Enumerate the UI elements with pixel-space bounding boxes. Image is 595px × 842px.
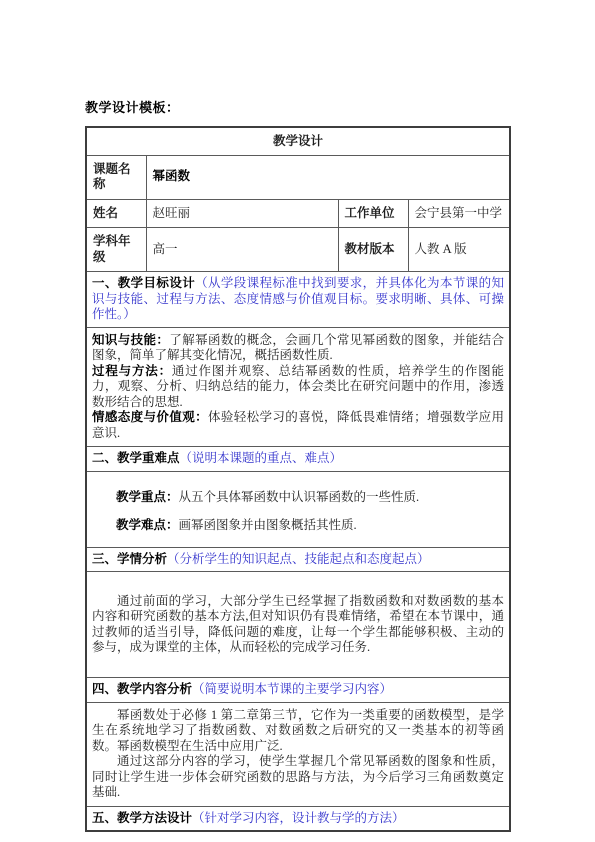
content-analysis-paragraph-1: 幂函数处于必修 1 第二章第三节，它作为一类重要的函数模型，是学生在系统地学习了… bbox=[92, 708, 504, 755]
section-2-header-row: 二、教学重难点（说明本课题的重点、难点） bbox=[86, 447, 510, 472]
doc-title: 教学设计模板： bbox=[85, 97, 509, 116]
grade-row: 学科年级 高一 教材版本 人教 A 版 bbox=[86, 228, 510, 272]
section-5-hint: （针对学习内容，设计教与学的方法） bbox=[192, 811, 405, 825]
goal-attitude-values-label: 情感态度与价值观： bbox=[92, 410, 208, 424]
document-body: 教学设计模板： 教学设计 课题名称 幂函数 姓名 赵旺丽 工作单位 会宁县第一中… bbox=[85, 97, 509, 832]
workunit-label: 工作单位 bbox=[338, 199, 408, 228]
section-2-header: 二、教学重难点（说明本课题的重点、难点） bbox=[86, 447, 510, 472]
section-4-body-row: 幂函数处于必修 1 第二章第三节，它作为一类重要的函数模型，是学生在系统地学习了… bbox=[86, 702, 510, 806]
section-3-header-row: 三、学情分析（分析学生的知识起点、技能起点和态度起点） bbox=[86, 547, 510, 572]
section-2-title: 二、教学重难点 bbox=[92, 451, 180, 465]
section-1-body: 知识与技能：了解幂函数的概念，会画几个常见幂函数的图象，并能结合图象，简单了解其… bbox=[86, 327, 510, 447]
goal-process-methods-label: 过程与方法： bbox=[92, 364, 172, 378]
topic-value: 幂函数 bbox=[146, 155, 510, 199]
section-1-title: 一、教学目标设计 bbox=[92, 276, 195, 290]
teaching-design-table: 教学设计 课题名称 幂函数 姓名 赵旺丽 工作单位 会宁县第一中学 学科年级 高… bbox=[85, 126, 511, 832]
section-3-title: 三、学情分析 bbox=[92, 552, 167, 566]
document-page: 教学设计模板： 教学设计 课题名称 幂函数 姓名 赵旺丽 工作单位 会宁县第一中… bbox=[0, 0, 595, 842]
textbook-value: 人教 A 版 bbox=[408, 228, 510, 272]
section-5-header-row: 五、教学方法设计（针对学习内容，设计教与学的方法） bbox=[86, 806, 510, 831]
learner-analysis-paragraph: 通过前面的学习，大部分学生已经掌握了指数函数和对数函数的基本内容和研究函数的基本… bbox=[92, 594, 504, 656]
goal-process-methods: 过程与方法：通过作图并观察、总结幂函数的性质，培养学生的作图能力，观察、分析、归… bbox=[92, 364, 504, 411]
grade-value: 高一 bbox=[146, 228, 338, 272]
workunit-value: 会宁县第一中学 bbox=[408, 199, 510, 228]
section-3-header: 三、学情分析（分析学生的知识起点、技能起点和态度起点） bbox=[86, 547, 510, 572]
name-label: 姓名 bbox=[86, 199, 146, 228]
teaching-key-point: 教学重点：从五个具体幂函数中认识幂函数的一些性质. bbox=[92, 490, 504, 506]
section-4-title: 四、教学内容分析 bbox=[92, 682, 192, 696]
section-2-body: 教学重点：从五个具体幂函数中认识幂函数的一些性质. 教学难点：画幂函图象并由图象… bbox=[86, 471, 510, 547]
section-5-title: 五、教学方法设计 bbox=[92, 811, 192, 825]
section-2-body-row: 教学重点：从五个具体幂函数中认识幂函数的一些性质. 教学难点：画幂函图象并由图象… bbox=[86, 471, 510, 547]
section-4-header-row: 四、教学内容分析（简要说明本节课的主要学习内容） bbox=[86, 678, 510, 703]
table-title: 教学设计 bbox=[86, 127, 510, 155]
section-4-header: 四、教学内容分析（简要说明本节课的主要学习内容） bbox=[86, 678, 510, 703]
table-header-row: 教学设计 bbox=[86, 127, 510, 155]
difficult-point-text: 画幂函图象并由图象概括其性质. bbox=[179, 518, 357, 532]
section-3-hint: （分析学生的知识起点、技能起点和态度起点） bbox=[167, 552, 430, 566]
content-analysis-paragraph-2: 通过这部分内容的学习，使学生掌握几个常见幂函数的图象和性质，同时让学生进一步体会… bbox=[92, 754, 504, 801]
section-2-hint: （说明本课题的重点、难点） bbox=[180, 451, 343, 465]
grade-label: 学科年级 bbox=[86, 228, 146, 272]
difficult-point-label: 教学难点： bbox=[116, 518, 179, 532]
section-4-body: 幂函数处于必修 1 第二章第三节，它作为一类重要的函数模型，是学生在系统地学习了… bbox=[86, 702, 510, 806]
section-3-body-row: 通过前面的学习，大部分学生已经掌握了指数函数和对数函数的基本内容和研究函数的基本… bbox=[86, 572, 510, 678]
section-4-hint: （简要说明本节课的主要学习内容） bbox=[192, 682, 392, 696]
name-row: 姓名 赵旺丽 工作单位 会宁县第一中学 bbox=[86, 199, 510, 228]
topic-label: 课题名称 bbox=[86, 155, 146, 199]
topic-row: 课题名称 幂函数 bbox=[86, 155, 510, 199]
goal-knowledge-skills-label: 知识与技能： bbox=[92, 333, 169, 347]
section-1-header-row: 一、教学目标设计（从学段课程标准中找到要求，并具体化为本节课的知识与技能、过程与… bbox=[86, 272, 510, 328]
key-point-label: 教学重点： bbox=[116, 490, 179, 504]
section-3-body: 通过前面的学习，大部分学生已经掌握了指数函数和对数函数的基本内容和研究函数的基本… bbox=[86, 572, 510, 678]
section-1-body-row: 知识与技能：了解幂函数的概念，会画几个常见幂函数的图象，并能结合图象，简单了解其… bbox=[86, 327, 510, 447]
name-value: 赵旺丽 bbox=[146, 199, 338, 228]
key-point-text: 从五个具体幂函数中认识幂函数的一些性质. bbox=[179, 490, 420, 504]
section-1-header: 一、教学目标设计（从学段课程标准中找到要求，并具体化为本节课的知识与技能、过程与… bbox=[86, 272, 510, 328]
goal-knowledge-skills: 知识与技能：了解幂函数的概念，会画几个常见幂函数的图象，并能结合图象，简单了解其… bbox=[92, 333, 504, 364]
section-5-header: 五、教学方法设计（针对学习内容，设计教与学的方法） bbox=[86, 806, 510, 831]
teaching-difficult-point: 教学难点：画幂函图象并由图象概括其性质. bbox=[92, 518, 504, 534]
goal-attitude-values: 情感态度与价值观：体验轻松学习的喜悦，降低畏难情绪；增强数学应用意识. bbox=[92, 410, 504, 441]
textbook-label: 教材版本 bbox=[338, 228, 408, 272]
